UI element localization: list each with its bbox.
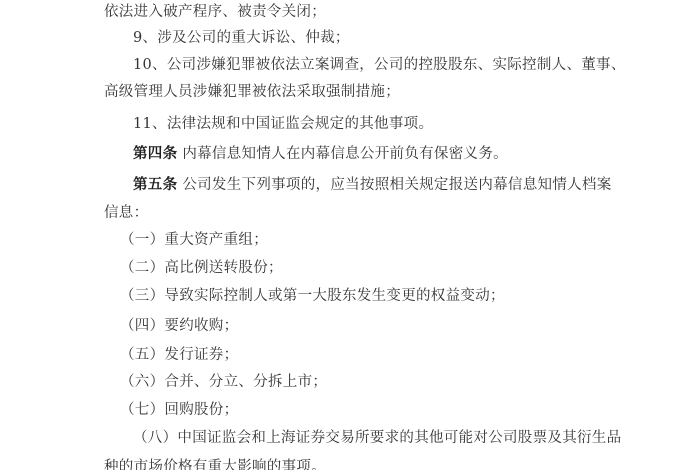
article-5-title: 第五条: [133, 176, 177, 193]
text-line: 信息：: [104, 204, 148, 222]
document-page: 依法进入破产程序、被责令关闭； 9、涉及公司的重大诉讼、仲裁； 10、公司涉嫌犯…: [0, 0, 700, 470]
list-item-1: （一）重大资产重组；: [120, 231, 268, 249]
list-item-3: （三）导致实际控制人或第一大股东发生变更的权益变动；: [120, 287, 505, 305]
list-item-8: （八）中国证监会和上海证券交易所要求的其他可能对公司股票及其衍生品: [133, 429, 621, 447]
list-item-4: （四）要约收购；: [120, 317, 238, 335]
list-item-10: 10、公司涉嫌犯罪被依法立案调查，公司的控股股东、实际控制人、董事、: [133, 56, 626, 74]
article-4-text: 内幕信息知情人在内幕信息公开前负有保密义务。: [182, 146, 508, 162]
article-5: 第五条 公司发生下列事项的，应当按照相关规定报送内幕信息知情人档案: [133, 176, 612, 194]
article-4-title: 第四条: [133, 145, 177, 162]
list-item-5: （五）发行证券；: [120, 346, 238, 364]
list-item-2: （二）高比例送转股份；: [120, 259, 283, 277]
article-5-text: 公司发生下列事项的，应当按照相关规定报送内幕信息知情人档案: [182, 177, 611, 193]
text-line: 依法进入破产程序、被责令关闭；: [104, 3, 326, 21]
text-line: 高级管理人员涉嫌犯罪被依法采取强制措施；: [104, 83, 400, 101]
list-item-6: （六）合并、分立、分拆上市；: [120, 373, 327, 391]
text-line: 种的市场价格有重大影响的事项。: [104, 458, 326, 470]
list-item-11: 11、法律法规和中国证监会规定的其他事项。: [133, 115, 433, 133]
article-4: 第四条 内幕信息知情人在内幕信息公开前负有保密义务。: [133, 145, 508, 163]
list-item-9: 9、涉及公司的重大诉讼、仲裁；: [133, 29, 350, 47]
list-item-7: （七）回购股份；: [120, 401, 238, 419]
